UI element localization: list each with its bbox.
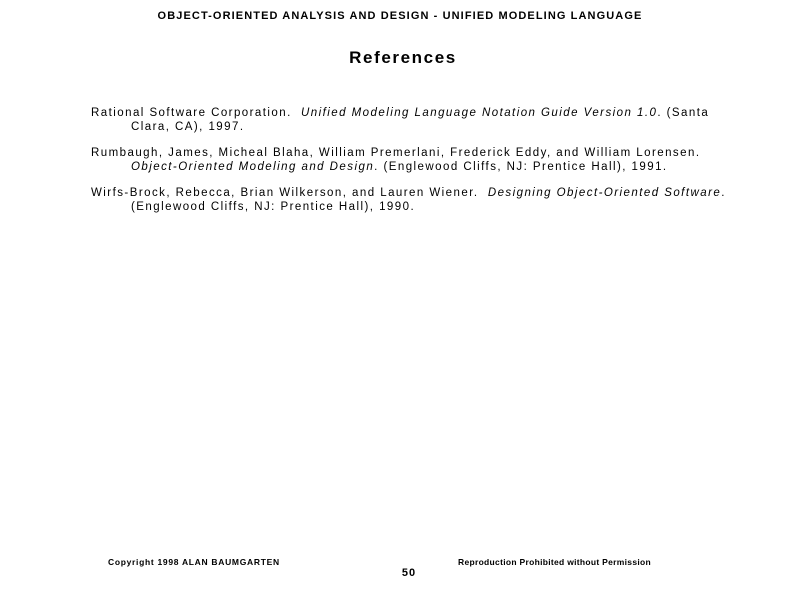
reference-authors: Rational Software Corporation. — [91, 107, 292, 119]
page-number: 50 — [0, 567, 800, 579]
reference-title: Designing Object-Oriented Software — [488, 187, 721, 199]
reference-authors: Rumbaugh, James, Micheal Blaha, William … — [91, 147, 700, 159]
reference-item: Rational Software Corporation. Unified M… — [91, 107, 731, 134]
running-header: OBJECT-ORIENTED ANALYSIS AND DESIGN - UN… — [0, 10, 800, 22]
reference-title: Unified Modeling Language Notation Guide… — [301, 107, 657, 119]
page-title: References — [0, 48, 800, 68]
reference-title: Object-Oriented Modeling and Design — [131, 161, 374, 173]
copyright-notice: Copyright 1998 ALAN BAUMGARTEN — [108, 557, 280, 567]
reference-authors: Wirfs-Brock, Rebecca, Brian Wilkerson, a… — [91, 187, 479, 199]
reference-details: . (Englewood Cliffs, NJ: Prentice Hall),… — [374, 161, 667, 173]
reference-item: Rumbaugh, James, Micheal Blaha, William … — [91, 147, 731, 174]
reference-list: Rational Software Corporation. Unified M… — [91, 107, 731, 227]
reproduction-notice: Reproduction Prohibited without Permissi… — [458, 557, 651, 567]
reference-item: Wirfs-Brock, Rebecca, Brian Wilkerson, a… — [91, 187, 731, 214]
